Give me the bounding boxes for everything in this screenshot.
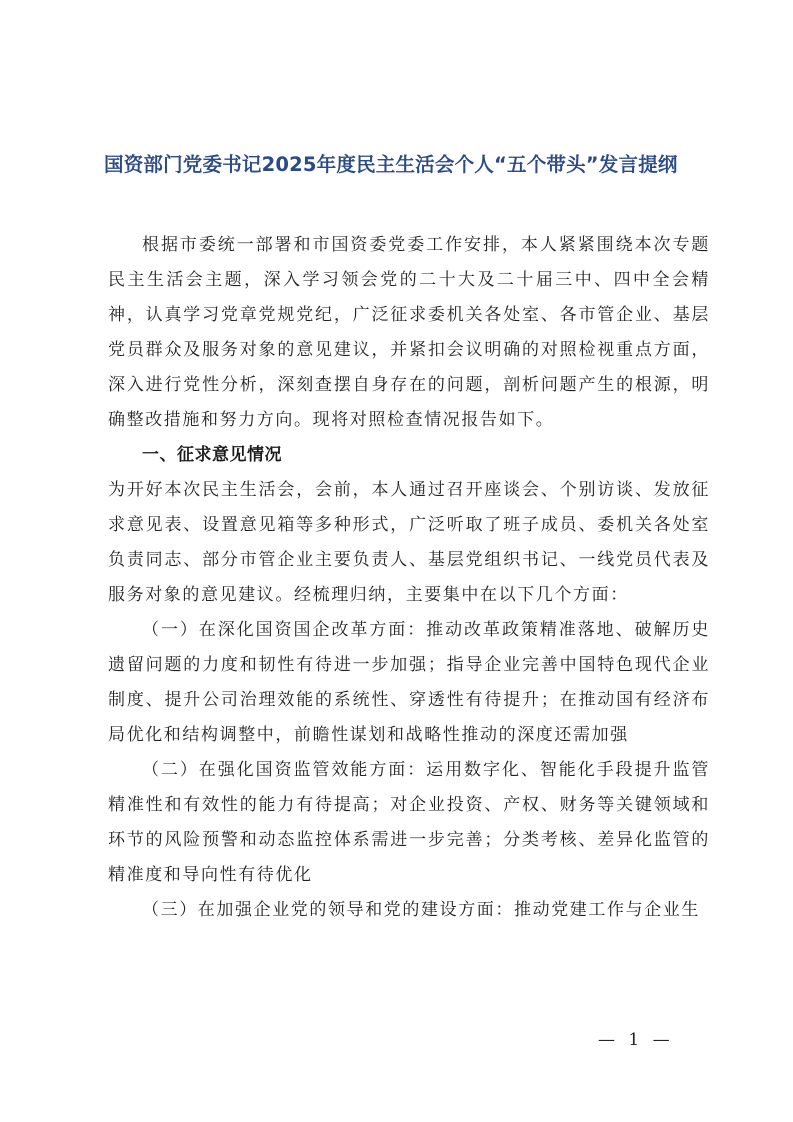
opinion-item-reform: （一）在深化国资国企改革方面：推动改革政策精准落地、破解历史遗留问题的力度和韧性… [108,613,710,753]
section-intro-paragraph: 为开好本次民主生活会，会前，本人通过召开座谈会、个别访谈、发放征求意见表、设置意… [108,473,710,613]
intro-paragraph: 根据市委统一部署和市国资委党委工作安排，本人紧紧围绕本次专题民主生活会主题，深入… [108,228,710,438]
document-title: 国资部门党委书记2025年度民主生活会个人“五个带头”发言提纲 [104,150,724,180]
document-page: 国资部门党委书记2025年度民主生活会个人“五个带头”发言提纲 根据市委统一部署… [0,0,793,1122]
opinion-item-party-building: （三）在加强企业党的领导和党的建设方面：推动党建工作与企业生 [108,893,710,928]
document-body: 根据市委统一部署和市国资委党委工作安排，本人紧紧围绕本次专题民主生活会主题，深入… [108,228,710,928]
section-heading-solicit-opinions: 一、征求意见情况 [108,438,710,473]
page-number: — 1 — [598,1030,674,1050]
opinion-item-supervision: （二）在强化国资监管效能方面：运用数字化、智能化手段提升监管精准性和有效性的能力… [108,753,710,893]
